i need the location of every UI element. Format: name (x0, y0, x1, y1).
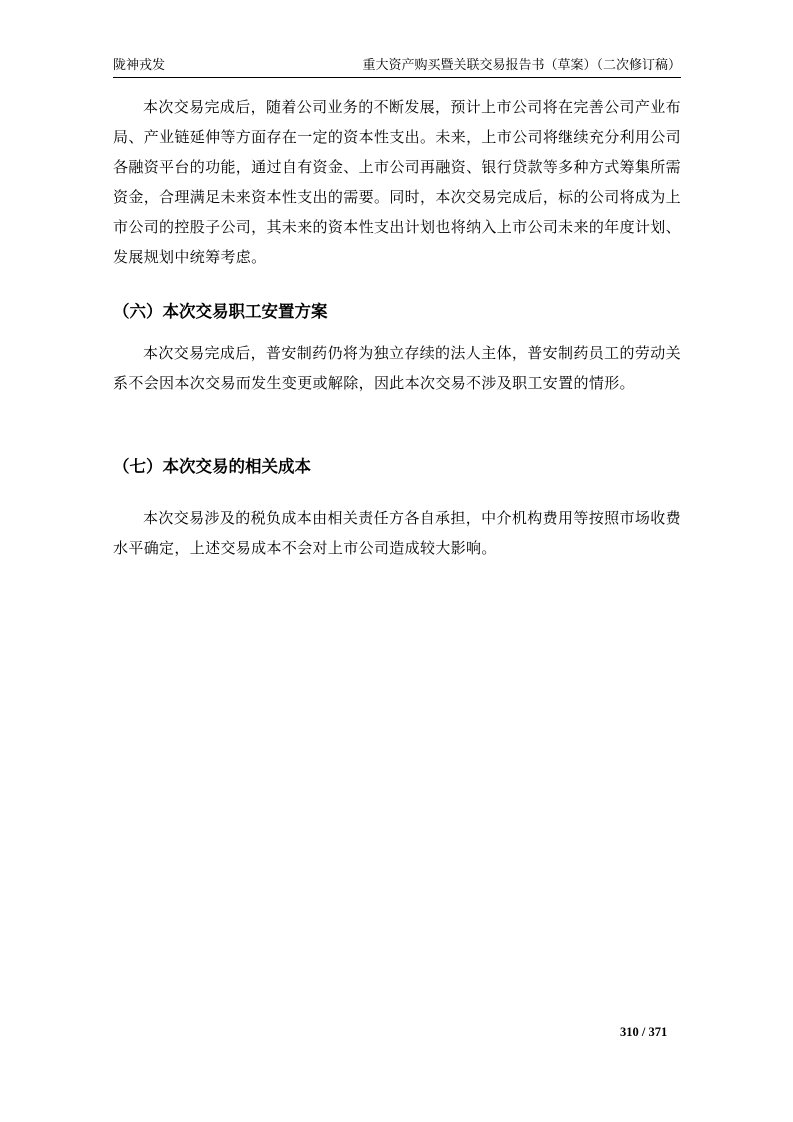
intro-paragraph: 本次交易完成后，随着公司业务的不断发展，预计上市公司将在完善公司产业布局、产业链… (113, 92, 681, 272)
page-header: 陇神戎发 重大资产购买暨关联交易报告书（草案）（二次修订稿） (113, 57, 681, 78)
section-6-paragraph: 本次交易完成后，普安制药仍将为独立存续的法人主体，普安制药员工的劳动关系不会因本… (113, 338, 681, 398)
section-6-heading: （六）本次交易职工安置方案 (113, 300, 328, 324)
header-company-name: 陇神戎发 (113, 57, 165, 75)
section-7-paragraph: 本次交易涉及的税负成本由相关责任方各自承担，中介机构费用等按照市场收费水平确定，… (113, 503, 681, 563)
section-7-heading: （七）本次交易的相关成本 (113, 455, 311, 479)
header-document-title: 重大资产购买暨关联交易报告书（草案）（二次修订稿） (362, 57, 681, 75)
page-number: 310 / 371 (620, 1025, 667, 1040)
